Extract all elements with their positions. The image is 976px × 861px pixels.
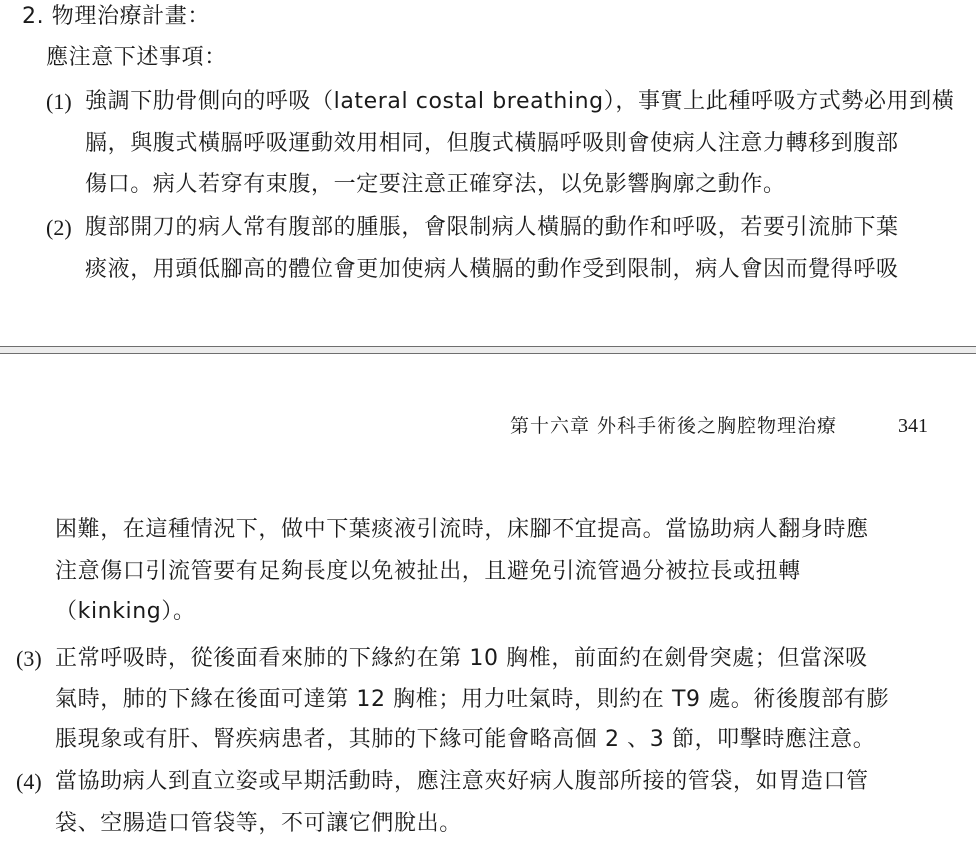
running-header: 第十六章 外科手術後之胸腔物理治療 bbox=[510, 413, 837, 439]
item-marker: (4) bbox=[16, 768, 42, 796]
item-marker: (3) bbox=[16, 645, 42, 673]
section-heading: 2. 物理治療計畫： bbox=[22, 3, 210, 31]
item-line: 腹部開刀的病人常有腹部的腫脹，會限制病人橫膈的動作和呼吸，若要引流肺下葉 bbox=[85, 214, 899, 242]
item-line: 膈，與腹式橫膈呼吸運動效用相同，但腹式橫膈呼吸則會使病人注意力轉移到腹部 bbox=[85, 130, 899, 158]
item-line: 正常呼吸時，從後面看來肺的下緣約在第 10 胸椎，前面約在劍骨突處；但當深吸 bbox=[55, 645, 868, 673]
item-line: 傷口。病人若穿有束腹，一定要注意正確穿法，以免影響胸廓之動作。 bbox=[85, 171, 786, 199]
item-line: 強調下肋骨側向的呼吸（lateral costal breathing），事實上… bbox=[85, 88, 954, 116]
item-marker: (1) bbox=[46, 88, 72, 116]
page-number: 341 bbox=[898, 413, 928, 439]
item-line: 痰液，用頭低腳高的體位會更加使病人橫膈的動作受到限制，病人會因而覺得呼吸 bbox=[85, 256, 899, 284]
paragraph-line: 注意傷口引流管要有足夠長度以免被扯出，且避免引流管過分被拉長或扭轉 bbox=[55, 558, 801, 586]
paragraph-line: 困難，在這種情況下，做中下葉痰液引流時，床腳不宜提高。當協助病人翻身時應 bbox=[55, 516, 869, 544]
item-line: 袋、空腸造口管袋等，不可讓它們脫出。 bbox=[55, 810, 462, 838]
item-marker: (2) bbox=[46, 214, 72, 242]
item-line: 當協助病人到直立姿或早期活動時，應注意夾好病人腹部所接的管袋，如胃造口管 bbox=[55, 768, 869, 796]
item-line: 氣時，肺的下緣在後面可達第 12 胸椎；用力吐氣時，則約在 T9 處。術後腹部有… bbox=[55, 686, 889, 714]
paragraph-line: （kinking）。 bbox=[55, 598, 196, 626]
page-separator bbox=[0, 346, 976, 354]
intro-text: 應注意下述事項： bbox=[46, 44, 227, 72]
item-line: 脹現象或有肝、腎疾病患者，其肺的下緣可能會略高個 2 、3 節，叩擊時應注意。 bbox=[55, 726, 875, 754]
top-page: 2. 物理治療計畫： 應注意下述事項： (1) 強調下肋骨側向的呼吸（later… bbox=[0, 0, 976, 346]
